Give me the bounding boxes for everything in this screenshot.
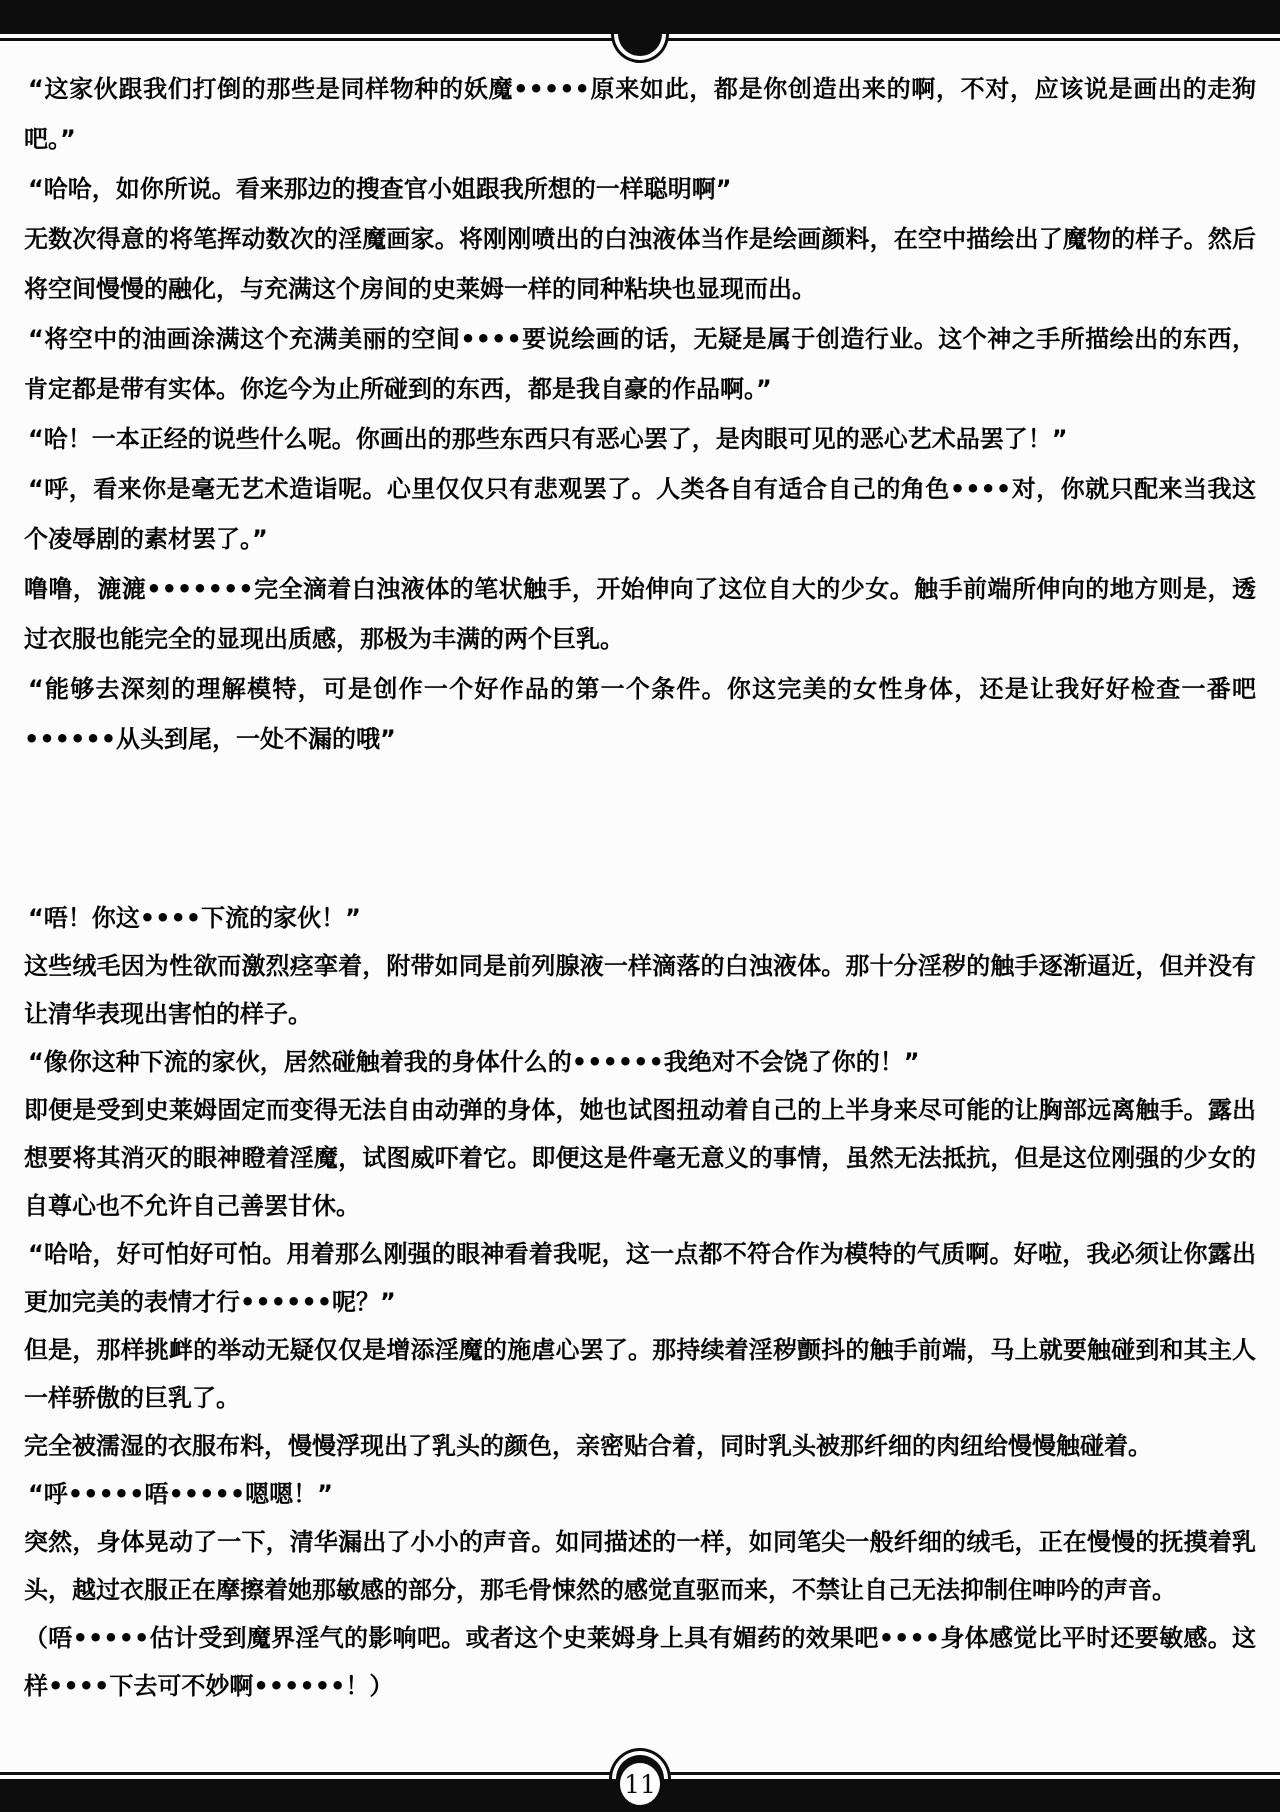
paragraph: “能够去深刻的理解模特，可是创作一个好作品的第一个条件。你这完美的女性身体，还是… [24, 664, 1256, 764]
content-area: “这家伙跟我们打倒的那些是同样物种的妖魔•••••原来如此，都是你创造出来的啊，… [24, 64, 1256, 1710]
top-ornament-notch-icon [618, 34, 662, 56]
paragraph: “唔！你这••••下流的家伙！” [24, 894, 1256, 942]
paragraph: 完全被濡湿的衣服布料，慢慢浮现出了乳头的颜色，亲密贴合着，同时乳头被那纤细的肉纽… [24, 1422, 1256, 1470]
paragraph: “哈哈，好可怕好可怕。用着那么刚强的眼神看着我呢，这一点都不符合作为模特的气质啊… [24, 1230, 1256, 1326]
paragraph: “哈哈，如你所说。看来那边的搜查官小姐跟我所想的一样聪明啊” [24, 164, 1256, 214]
document-page: “这家伙跟我们打倒的那些是同样物种的妖魔•••••原来如此，都是你创造出来的啊，… [0, 0, 1280, 1812]
paragraph: 即便是受到史莱姆固定而变得无法自由动弹的身体，她也试图扭动着自己的上半身来尽可能… [24, 1086, 1256, 1230]
blank-gap [24, 764, 1256, 894]
paragraph: 噜噜，漉漉•••••••完全滴着白浊液体的笔状触手，开始伸向了这位自大的少女。触… [24, 564, 1256, 664]
paragraph: 这些绒毛因为性欲而激烈痉挛着，附带如同是前列腺液一样滴落的白浊液体。那十分淫秽的… [24, 942, 1256, 1038]
page-number-badge: 11 [617, 1760, 663, 1808]
paragraph: “像你这种下流的家伙，居然碰触着我的身体什么的••••••我绝对不会饶了你的！” [24, 1038, 1256, 1086]
lower-text-block: “唔！你这••••下流的家伙！” 这些绒毛因为性欲而激烈痉挛着，附带如同是前列腺… [24, 894, 1256, 1710]
paragraph: （唔•••••估计受到魔界淫气的影响吧。或者这个史莱姆身上具有媚药的效果吧•••… [24, 1614, 1256, 1710]
upper-text-block: “这家伙跟我们打倒的那些是同样物种的妖魔•••••原来如此，都是你创造出来的啊，… [24, 64, 1256, 764]
top-black-band [0, 0, 1280, 34]
paragraph: 但是，那样挑衅的举动无疑仅仅是增添淫魔的施虐心罢了。那持续着淫秽颤抖的触手前端，… [24, 1326, 1256, 1422]
paragraph: “哈！一本正经的说些什么呢。你画出的那些东西只有恶心罢了，是肉眼可见的恶心艺术品… [24, 414, 1256, 464]
paragraph: “呼•••••唔•••••嗯嗯！” [24, 1470, 1256, 1518]
paragraph: “将空中的油画涂满这个充满美丽的空间••••要说绘画的话，无疑是属于创造行业。这… [24, 314, 1256, 414]
paragraph: “呼，看来你是毫无艺术造诣呢。心里仅仅只有悲观罢了。人类各自有适合自己的角色••… [24, 464, 1256, 564]
top-border-frame [0, 0, 1280, 41]
paragraph: “这家伙跟我们打倒的那些是同样物种的妖魔•••••原来如此，都是你创造出来的啊，… [24, 64, 1256, 164]
paragraph: 突然，身体晃动了一下，清华漏出了小小的声音。如同描述的一样，如同笔尖一般纤细的绒… [24, 1518, 1256, 1614]
page-number-label: 11 [624, 1770, 656, 1799]
paragraph: 无数次得意的将笔挥动数次的淫魔画家。将刚刚喷出的白浊液体当作是绘画颜料，在空中描… [24, 214, 1256, 314]
